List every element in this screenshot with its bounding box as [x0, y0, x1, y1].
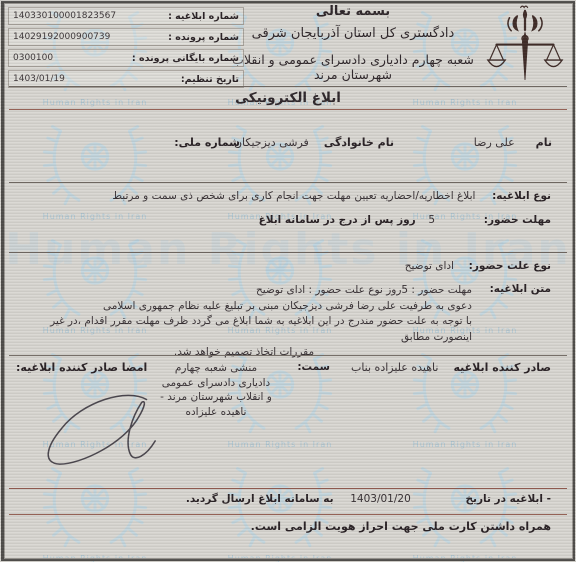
court-org-name: دادگستری کل استان آذربایجان شرقی — [218, 26, 488, 41]
family-name-value: فرشی دیزجیکان — [234, 136, 309, 149]
body-line: دعوی به طرفیت علی رضا فرشی دیزجیکان مبنی… — [16, 299, 472, 315]
basmala: بسمه تعالی — [218, 4, 488, 19]
reason-label: نوع علت حضور: — [469, 260, 551, 272]
body-line: با توجه به علت حضور مندرج در این ابلاغیه… — [16, 314, 472, 345]
position-label: سمت: — [297, 361, 330, 373]
field-archive-number: شماره بایگانی پرونده : 0300100 — [8, 49, 244, 67]
body-label: متن ابلاغیه: — [490, 283, 551, 295]
person-row: نام علی رضا نام خانوادگی فرشی دیزجیکان ش… — [0, 136, 576, 152]
body-line: مقررات اتخاذ تصمیم خواهد شد. — [16, 345, 472, 361]
name-value: علی رضا — [474, 136, 515, 149]
signature — [30, 386, 180, 468]
issuer-value: ناهیده علیزاده بناب — [351, 361, 438, 374]
issue-date-value: 1403/01/19 — [13, 74, 65, 84]
national-id-label: شماره ملی: — [174, 136, 240, 149]
divider — [9, 514, 567, 515]
issuer-label: صادر کننده ابلاغیه — [453, 361, 551, 374]
field-case-number: شماره پرونده : 14029192000900739 — [8, 28, 244, 46]
notification-document: Human Rights in Iran Human Rights in Ira… — [0, 0, 576, 562]
notice-type-label: نوع ابلاغیه: — [492, 190, 551, 202]
header-court-block: بسمه تعالی دادگستری کل استان آذربایجان ش… — [218, 4, 488, 82]
divider — [9, 488, 567, 489]
court-branch-line1: شعبه چهارم دادیاری دادسرای عمومی و انقلا… — [232, 52, 474, 67]
position-line: منشی شعبه چهارم — [140, 361, 292, 376]
deadline-days: 5 — [428, 214, 435, 226]
sent-prefix: - ابلاغیه در تاریخ — [465, 493, 551, 505]
divider — [9, 86, 567, 87]
case-number-value: 14029192000900739 — [13, 32, 110, 42]
deadline-value: روز پس از درج در سامانه ابلاغ — [259, 214, 416, 226]
page-title: ابلاغ الکترونیکی — [0, 90, 576, 106]
notice-body: مهلت حضور : 5روز نوع علت حضور : ادای توض… — [16, 283, 472, 361]
deadline-label: مهلت حضور: — [484, 214, 551, 226]
field-notice-number: شماره ابلاغیه : 140330100001823567 — [8, 7, 244, 25]
name-label: نام — [536, 136, 552, 149]
signature-label: امضا صادر کننده ابلاغیه: — [16, 361, 147, 374]
national-id-note: همراه داشتن کارت ملی جهت احراز هویت الزا… — [251, 520, 551, 533]
divider — [9, 182, 567, 183]
archive-number-value: 0300100 — [13, 53, 53, 63]
court-branch-line2: شهرستان مرند — [314, 67, 392, 82]
judiciary-scales-logo-icon — [482, 4, 568, 86]
notice-number-value: 140330100001823567 — [13, 11, 116, 21]
header-fields: شماره ابلاغیه : 140330100001823567 شماره… — [8, 7, 244, 91]
sent-suffix: به سامانه ابلاغ ارسال گردید. — [186, 493, 334, 505]
notice-type-value: ابلاغ اخطاریه/احضاریه تعیین مهلت جهت انج… — [112, 190, 475, 202]
reason-value: ادای توضیح — [405, 260, 454, 272]
body-line: مهلت حضور : 5روز نوع علت حضور : ادای توض… — [16, 283, 472, 299]
sent-date: 1403/01/20 — [350, 493, 411, 505]
family-name-label: نام خانوادگی — [324, 136, 394, 149]
divider — [9, 252, 567, 253]
divider — [9, 355, 567, 356]
divider — [9, 109, 567, 110]
